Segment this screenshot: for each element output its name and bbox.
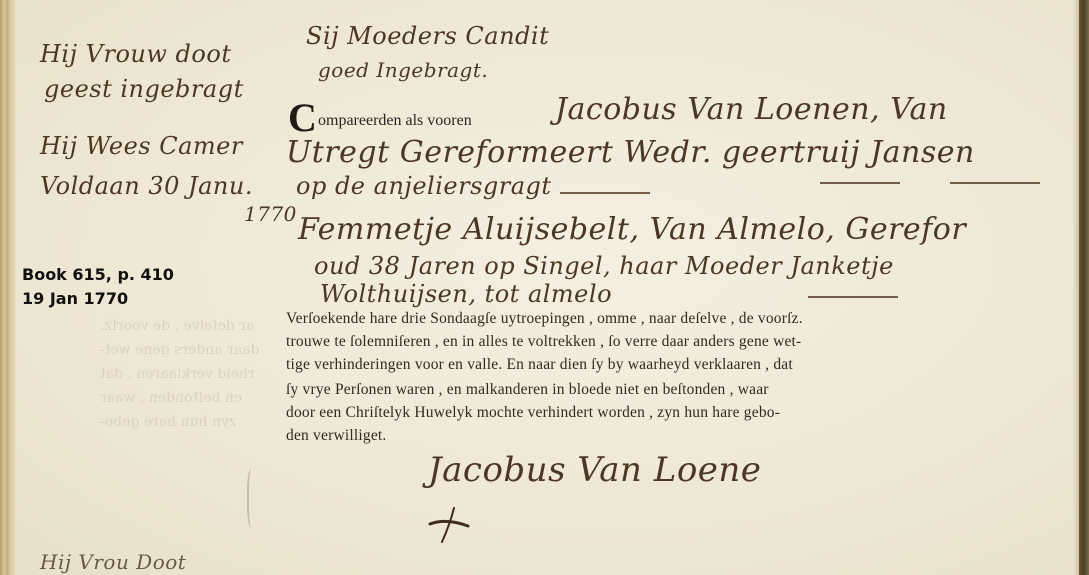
margin-note-groom-line1: Hij Vrouw doot bbox=[40, 40, 231, 68]
groom-name-line: Jacobus Van Loenen, Van bbox=[555, 92, 948, 127]
printed-body-line-3: tige verhinderingen voor en valle. En na… bbox=[286, 356, 793, 374]
margin-note-bride-line2: goed Ingebragt. bbox=[318, 58, 488, 82]
margin-note-paid-line2: Voldaan 30 Janu. bbox=[40, 172, 253, 200]
page-edge-right bbox=[1079, 0, 1089, 575]
printed-body-line-6: den verwilliget. bbox=[286, 427, 386, 445]
annotation-book-page: Book 615, p. 410 bbox=[22, 263, 174, 287]
printed-dropcap: C bbox=[288, 98, 317, 138]
bride-cross-mark-icon bbox=[428, 504, 472, 544]
groom-address-line: op de anjeliersgragt bbox=[296, 172, 552, 200]
margin-note-bottom-fragment: Hij Vrou Doot bbox=[40, 550, 186, 574]
bleed-through-text: en beſtonden , waar bbox=[100, 390, 242, 406]
printed-body-line-5: door een Chriſtelyk Huwelyk mochte verhi… bbox=[286, 404, 780, 422]
bleed-through-text: rheid verklaaren , dat bbox=[100, 366, 255, 382]
bride-age-line: oud 38 Jaren op Singel, haar Moeder Jank… bbox=[314, 252, 894, 280]
filler-rule bbox=[820, 182, 900, 184]
bleed-through-text: daar anders gene wet- bbox=[100, 342, 259, 358]
groom-origin-line: Utregt Gereformeert Wedr. geertruij Jans… bbox=[286, 135, 975, 170]
bleed-through-text: zyn hun hare gebo- bbox=[100, 414, 236, 430]
printed-opening: ompareerden als vooren bbox=[318, 112, 472, 130]
document-scan: ar deſelve , de voorſz. daar anders gene… bbox=[0, 0, 1089, 575]
printed-body-line-4: ſy vrye Perſonen waren , en malkanderen … bbox=[286, 381, 769, 399]
margin-note-paid-year: 1770 bbox=[244, 202, 297, 226]
annotation-date: 19 Jan 1770 bbox=[22, 287, 174, 311]
printed-body-line-2: trouwe te ſolemniſeren , en in alles te … bbox=[286, 333, 801, 351]
margin-note-groom-line2: geest ingebragt bbox=[44, 75, 244, 103]
filler-rule bbox=[808, 296, 898, 298]
bride-mother-line: Wolthuijsen, tot almelo bbox=[320, 280, 612, 308]
printed-body-line-1: Verſoekende hare drie Sondaagſe uytroepi… bbox=[286, 310, 803, 328]
bleed-through-text: ar deſelve , de voorſz. bbox=[100, 318, 254, 334]
book-binding-left bbox=[0, 0, 12, 575]
filler-rule bbox=[560, 192, 650, 194]
bride-name-line: Femmetje Aluijsebelt, Van Almelo, Gerefo… bbox=[298, 212, 966, 247]
groom-signature: Jacobus Van Loene bbox=[428, 450, 761, 490]
record-annotation: Book 615, p. 410 19 Jan 1770 bbox=[22, 263, 174, 311]
margin-note-bride-line1: Sij Moeders Candit bbox=[306, 22, 549, 50]
margin-note-paid-line1: Hij Wees Camer bbox=[40, 132, 243, 160]
filler-rule bbox=[950, 182, 1040, 184]
pencil-mark bbox=[247, 468, 257, 528]
